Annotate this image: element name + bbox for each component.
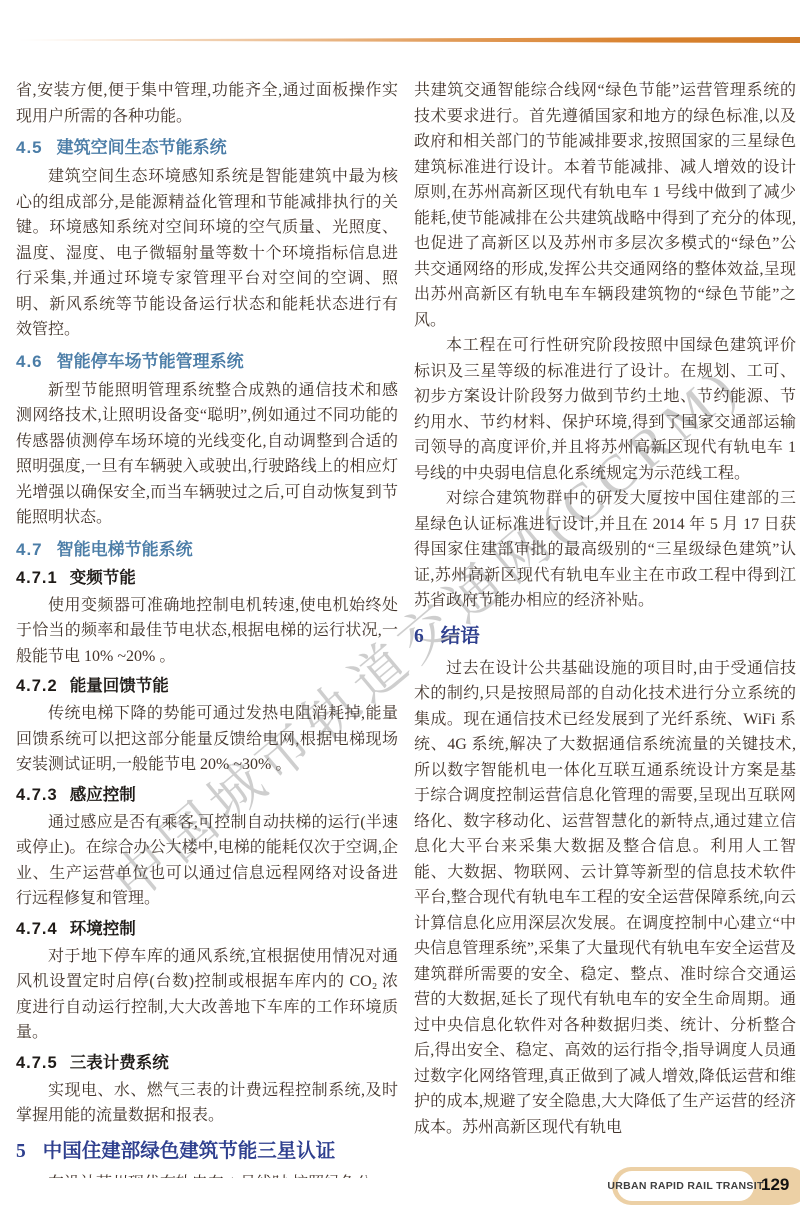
heading-number: 4.7 [16, 540, 43, 559]
heading-number: 4.7.3 [16, 786, 58, 804]
subsection-heading: 4.7.1变频节能 [16, 567, 398, 589]
subsection-heading: 4.7.2能量回馈节能 [16, 675, 398, 697]
heading-number: 4.7.4 [16, 920, 58, 938]
heading-text: 能量回馈节能 [70, 677, 169, 695]
paragraph: 过去在设计公共基础设施的项目时,由于受通信技术的制约,只是按照局部的自动化技术进… [414, 656, 796, 1141]
heading-text: 变频节能 [70, 569, 136, 587]
heading-text: 环境控制 [70, 920, 136, 938]
subsection-heading: 4.7.4环境控制 [16, 918, 398, 940]
top-accent-rule [18, 37, 800, 43]
paragraph: 传统电梯下降的势能可通过发热电阻消耗掉,能量回馈系统可以把这部分能量反馈给电网,… [16, 701, 398, 778]
paragraph: 通过感应是否有乘客,可控制自动扶梯的运行(半速或停止)。在综合办公大楼中,电梯的… [16, 810, 398, 912]
heading-number: 6 [414, 626, 424, 647]
heading-text: 三表计费系统 [70, 1054, 169, 1072]
heading-text: 感应控制 [70, 786, 136, 804]
heading-number: 4.5 [16, 138, 43, 157]
heading-text: 结语 [441, 626, 480, 647]
heading-number: 5 [16, 1141, 26, 1162]
heading-number: 4.7.5 [16, 1054, 58, 1072]
paragraph: 使用变频器可准确地控制电机转速,使电机始终处于恰当的频率和最佳节电状态,根据电梯… [16, 593, 398, 670]
journal-page: { "colors": { "accent_orange": "#d9822f"… [0, 0, 800, 1215]
footer-pill: URBAN RAPID RAIL TRANSIT 129 [612, 1167, 800, 1205]
heading-text: 智能停车场节能管理系统 [57, 352, 244, 371]
paragraph: 新型节能照明管理系统整合成熟的通信技术和感测网络技术,让照明设备变“聪明”,例如… [16, 378, 398, 531]
chapter-heading: 6结语 [414, 623, 796, 650]
paragraph: 实现电、水、燃气三表的计费远程控制系统,及时掌握用能的流量数据和报表。 [16, 1078, 398, 1129]
section-heading: 4.6智能停车场节能管理系统 [16, 350, 398, 373]
heading-text: 中国住建部绿色建筑节能三星认证 [43, 1141, 336, 1162]
paragraph: 本工程在可行性研究阶段按照中国绿色建筑评价标识及三星等级的标准进行了设计。在规划… [414, 333, 796, 486]
paragraph: 在设计苏州现代有轨电车 1 号线时,按照绿色公 [16, 1171, 398, 1179]
heading-number: 4.6 [16, 352, 43, 371]
subsection-heading: 4.7.3感应控制 [16, 784, 398, 806]
footer-journal-badge: URBAN RAPID RAIL TRANSIT [617, 1171, 754, 1201]
page-number: 129 [761, 1175, 789, 1195]
heading-text: 智能电梯节能系统 [57, 540, 193, 559]
left-column: 省,安装方便,便于集中管理,功能齐全,通过面板操作实现用户所需的各种功能。4.5… [16, 78, 398, 1178]
paragraph: 建筑空间生态环境感知系统是智能建筑中最为核心的组成部分,是能源精益化管理和节能减… [16, 164, 398, 343]
section-heading: 4.7智能电梯节能系统 [16, 538, 398, 561]
heading-text: 建筑空间生态节能系统 [57, 138, 227, 157]
footer-journal-title: URBAN RAPID RAIL TRANSIT [607, 1180, 763, 1192]
heading-number: 4.7.2 [16, 677, 58, 695]
paragraph: 对综合建筑物群中的研发大厦按中国住建部的三星绿色认证标准进行设计,并且在 201… [414, 486, 796, 614]
heading-number: 4.7.1 [16, 569, 58, 587]
paragraph-continued: 共建筑交通智能综合线网“绿色节能”运营管理系统的技术要求进行。首先遵循国家和地方… [414, 78, 796, 333]
paragraph-continued: 省,安装方便,便于集中管理,功能齐全,通过面板操作实现用户所需的各种功能。 [16, 78, 398, 129]
chapter-heading: 5中国住建部绿色建筑节能三星认证 [16, 1138, 398, 1165]
right-column: 共建筑交通智能综合线网“绿色节能”运营管理系统的技术要求进行。首先遵循国家和地方… [414, 78, 796, 1178]
subsection-heading: 4.7.5三表计费系统 [16, 1052, 398, 1074]
section-heading: 4.5建筑空间生态节能系统 [16, 136, 398, 159]
paragraph: 对于地下停车库的通风系统,宜根据使用情况对通风机设置定时启停(台数)控制或根据车… [16, 944, 398, 1046]
